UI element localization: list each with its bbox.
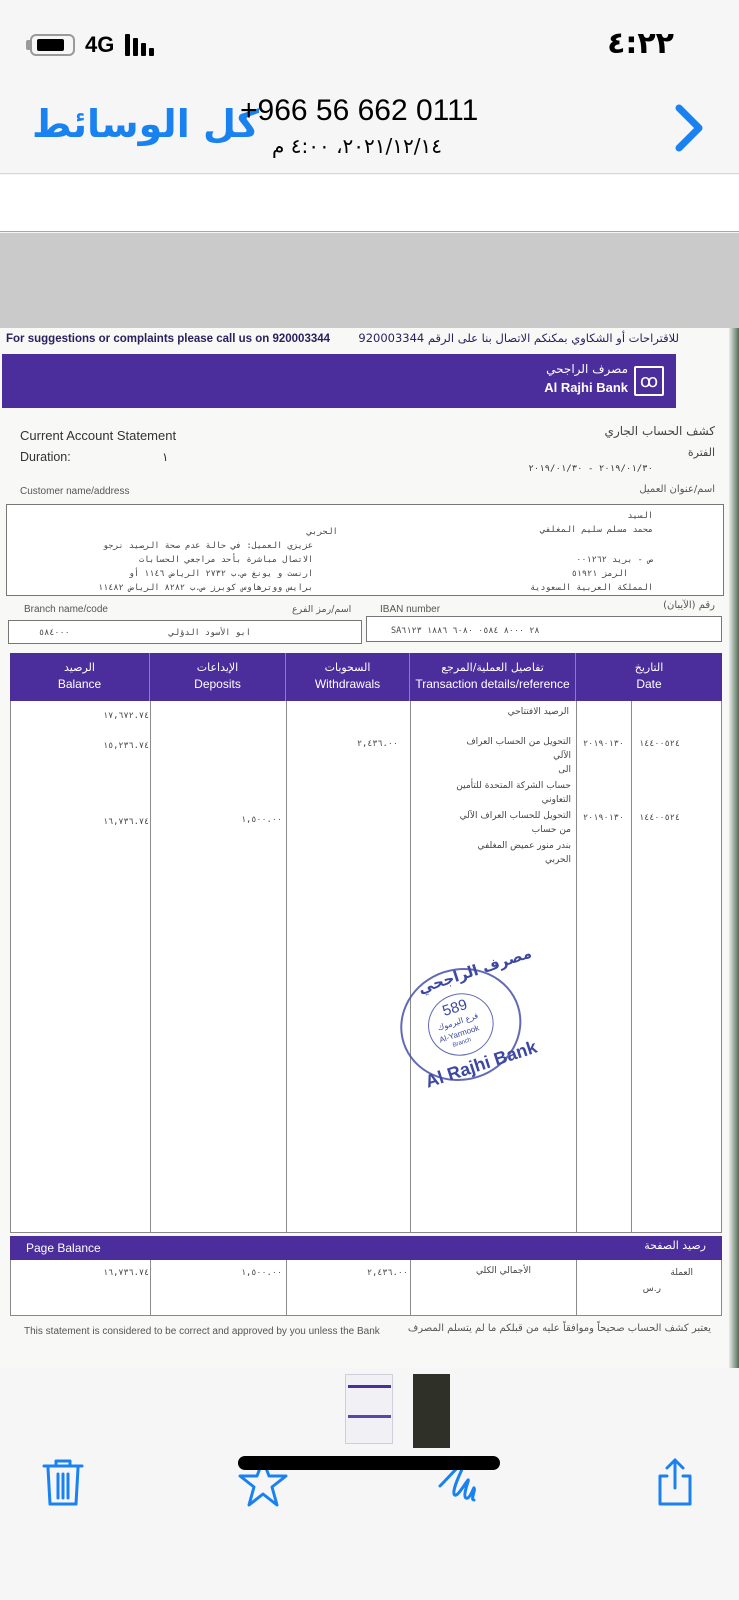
- photo-edge: [729, 328, 739, 1368]
- currency-label: العملة: [670, 1268, 693, 1278]
- message-timestamp: ٢٠٢١/١٢/١٤، ٤:٠٠ م: [272, 134, 442, 158]
- bank-name-en: Al Rajhi Bank: [544, 380, 628, 395]
- iban-value: SA٢٨ ٨٠٠٠ ٠٥٨٤ ٦٠٨٠ ١٨٨٦ ٦١٢٣: [391, 626, 540, 636]
- row-balance: ١٧,٦٧٢.٧٤: [103, 711, 149, 721]
- chevron-right-icon[interactable]: [669, 100, 709, 156]
- notice-line: عزيزي العميل: في حالة عدم صحة الرصيد نرج…: [103, 541, 313, 551]
- currency-value: ر.س: [643, 1284, 661, 1294]
- row-details: حساب الشركة المتحدة للتأمين: [456, 781, 571, 791]
- signal-icon: [125, 34, 161, 56]
- branch-label-en: Branch name/code: [24, 604, 108, 615]
- column-withdrawals: السحوباتWithdrawals: [286, 653, 410, 701]
- page-balance-band: Page Balance رصيد الصفحة: [10, 1236, 722, 1260]
- sender-phone-number: +966 56 662 0111: [240, 94, 478, 128]
- row-details: الرصيد الافتتاحي: [508, 707, 569, 717]
- branch-code: ٥٨٤٠٠٠: [39, 628, 70, 638]
- row-date-gregorian: ٢٠١٩٠١٣٠: [583, 813, 624, 823]
- nav-bar: كل الوسائط +966 56 662 0111 ٢٠٢١/١٢/١٤، …: [0, 90, 739, 174]
- branch-label-ar: اسم/رمز الفرع: [292, 604, 351, 615]
- network-type: 4G: [85, 32, 114, 58]
- iban-box: SA٢٨ ٨٠٠٠ ٠٥٨٤ ٦٠٨٠ ١٨٨٦ ٦١٢٣: [366, 616, 722, 642]
- statement-title-ar: كشف الحساب الجاري: [605, 424, 715, 438]
- customer-salutation: السيد: [627, 511, 653, 521]
- status-bar: 4G ٤:٢٢: [0, 0, 739, 90]
- page-balance-total: ١٦,٧٣٦.٧٤: [103, 1268, 149, 1278]
- media-viewer-screen: 4G ٤:٢٢ كل الوسائط +966 56 662 0111 ٢٠٢١…: [0, 0, 739, 1600]
- row-deposits: ١,٥٠٠.٠٠: [241, 815, 282, 825]
- row-withdrawals: ٢,٤٣٦.٠٠: [357, 739, 398, 749]
- column-balance: الرصيدBalance: [10, 653, 150, 701]
- trash-icon[interactable]: [36, 1456, 90, 1510]
- bank-logo-icon: ꝏ: [634, 366, 664, 396]
- customer-label-en: Customer name/address: [20, 486, 130, 497]
- statement-title-en: Current Account Statement: [20, 428, 176, 443]
- all-media-button[interactable]: كل الوسائط: [32, 102, 259, 146]
- customer-name-suffix: الحربي: [307, 527, 338, 537]
- row-details: بندر منور عميض المغلفي: [477, 841, 571, 851]
- bank-header-band: ꝏ مصرف الراجحي Al Rajhi Bank: [2, 354, 676, 408]
- row-details: الى: [558, 765, 571, 775]
- page-withdrawals-total: ٢,٤٣٦.٠٠: [367, 1268, 408, 1278]
- row-date-hijri: ١٤٤٠٠٥٢٤: [639, 739, 680, 749]
- branch-box: ٥٨٤٠٠٠ ابو الأسود الدؤلي: [8, 620, 362, 644]
- home-indicator[interactable]: [238, 1456, 500, 1470]
- duration-label-ar: الفترة: [688, 446, 715, 459]
- notice-line: الاتصال مباشرة بأحد مراجعي الحسابات: [139, 555, 313, 565]
- branch-name: ابو الأسود الدؤلي: [169, 628, 251, 638]
- battery-icon: [30, 34, 75, 56]
- transactions-table-header: الرصيدBalance الإيداعاتDeposits السحوبات…: [10, 653, 722, 701]
- grand-total-label: الأجمالي الكلي: [476, 1266, 531, 1276]
- statement-period: ٢٠١٩/٠١/٣٠ - ٢٠١٩/٠١/٣٠: [528, 464, 653, 474]
- column-date: التاريخDate: [576, 653, 722, 701]
- row-balance: ١٦,٧٣٦.٧٤: [103, 817, 149, 827]
- notice-line: برايس ووترهاوس كوبرز ص.ب ٨٢٨٢ الرياض ١١٤…: [98, 583, 313, 593]
- bank-statement-image[interactable]: For suggestions or complaints please cal…: [0, 328, 739, 1368]
- row-details: من حساب: [532, 825, 571, 835]
- dark-photo-thumbnail[interactable]: [413, 1374, 450, 1448]
- duration-label-en: Duration:: [20, 450, 71, 464]
- row-details: التحويل للحساب العراف الآلي: [460, 811, 571, 821]
- customer-address-box: السيد محمد مسلم سليم المغلفي الحربي ص - …: [6, 504, 724, 596]
- bank-name-ar: مصرف الراجحي: [546, 362, 628, 376]
- notice-line: ارنست و يونغ ص.ب ٢٧٣٢ الرياض ١١٤٦ أو: [129, 569, 313, 579]
- viewer-background: [0, 233, 739, 328]
- bottom-toolbar-area: [0, 1368, 739, 1600]
- viewer-top-strip: [0, 175, 739, 232]
- footer-disclaimer-ar: يعتبر كشف الحساب صحيحاً وموافقاً عليه من…: [408, 1323, 711, 1334]
- footer-disclaimer-en: This statement is considered to be corre…: [24, 1326, 380, 1337]
- clock: ٤:٢٢: [607, 26, 674, 61]
- iban-label-en: IBAN number: [380, 604, 440, 615]
- customer-name: محمد مسلم سليم المغلفي: [540, 525, 653, 535]
- statement-thumbnail[interactable]: [345, 1374, 393, 1444]
- page-balance-row: ١٦,٧٣٦.٧٤ ١,٥٠٠.٠٠ ٢,٤٣٦.٠٠ الأجمالي الك…: [10, 1260, 722, 1316]
- page-deposits-total: ١,٥٠٠.٠٠: [241, 1268, 282, 1278]
- row-details: التعاوني: [542, 795, 571, 805]
- row-details: التحويل من الحساب العراف: [466, 737, 571, 747]
- page-balance-label-en: Page Balance: [26, 1241, 101, 1255]
- row-date-hijri: ١٤٤٠٠٥٢٤: [639, 813, 680, 823]
- share-icon[interactable]: [648, 1456, 702, 1510]
- customer-postal-code: الرمز ٥١٩٢١: [572, 569, 628, 579]
- iban-label-ar: رقم (الآيبان): [663, 600, 715, 611]
- customer-country: المملكة العربية السعودية: [530, 583, 653, 593]
- suggestions-text-en: For suggestions or complaints please cal…: [6, 333, 330, 345]
- row-balance: ١٥,٢٣٦.٧٤: [103, 741, 149, 751]
- row-details: الآلي: [553, 751, 571, 761]
- duration-value: ١: [162, 450, 168, 464]
- page-balance-label-ar: رصيد الصفحة: [644, 1239, 706, 1252]
- transactions-table-body: ١٧,٦٧٢.٧٤ الرصيد الافتتاحي ١٥,٢٣٦.٧٤ ٢,٤…: [10, 701, 722, 1233]
- customer-po-box: ص - بريد ٠٠١٢٦٢: [576, 555, 653, 565]
- row-details: الحربي: [545, 855, 571, 865]
- column-deposits: الإيداعاتDeposits: [150, 653, 286, 701]
- row-date-gregorian: ٢٠١٩٠١٣٠: [583, 739, 624, 749]
- suggestions-text-ar: للاقتراحات أو الشكاوي بمكنكم الاتصال بنا…: [358, 331, 679, 345]
- customer-label-ar: اسم/عنوان العميل: [639, 484, 715, 495]
- column-details: تفاصيل العملية/المرجعTransaction details…: [410, 653, 576, 701]
